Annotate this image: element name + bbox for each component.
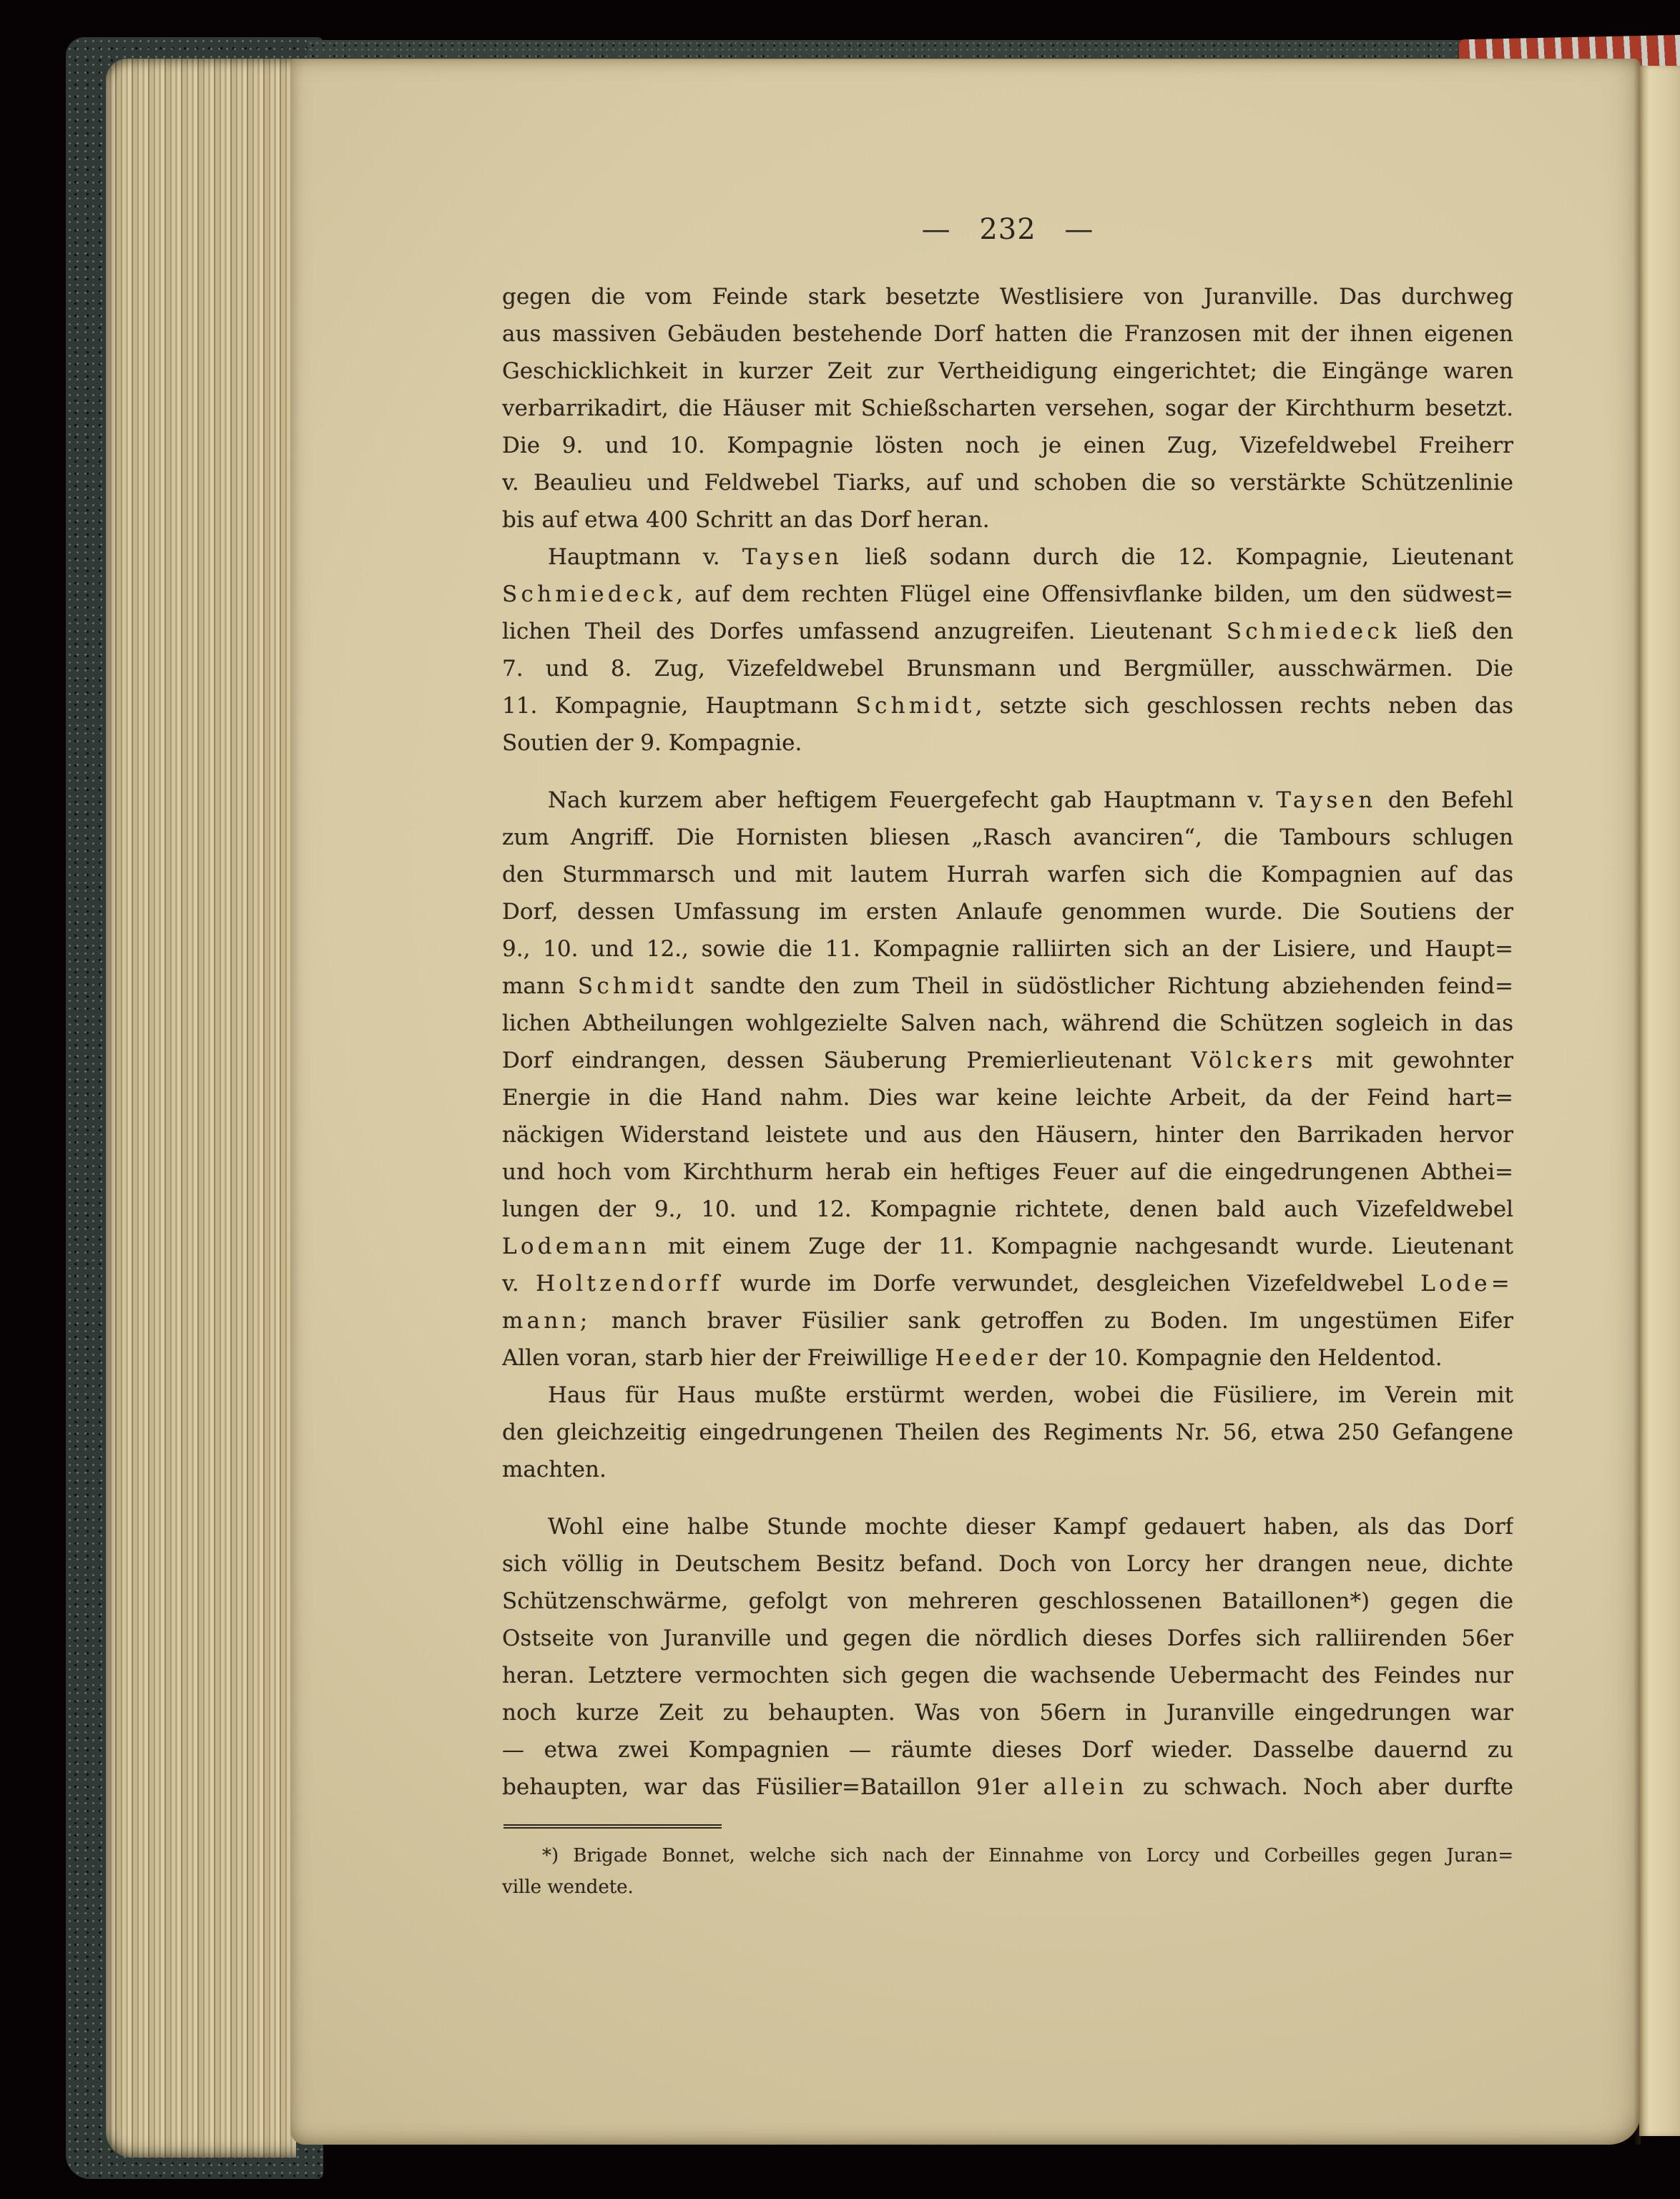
paragraph: Haus für Haus mußte erstürmt werden, wob… xyxy=(502,1377,1513,1488)
text-line: mann Schmidt sandte den zum Theil in süd… xyxy=(502,968,1513,1005)
page-text-area: — 232 — gegen die vom Feinde stark beset… xyxy=(502,211,1513,1903)
text-line: Allen voran, starb hier der Freiwillige … xyxy=(502,1339,1513,1377)
footnote-line: ville wendete. xyxy=(502,1871,1513,1903)
text-line: Lodemann mit einem Zuge der 11. Kompagni… xyxy=(502,1228,1513,1265)
page-stack-fore-edge xyxy=(106,59,296,2158)
text-line: sich völlig in Deutschem Besitz befand. … xyxy=(502,1545,1513,1583)
book-page: — 232 — gegen die vom Feinde stark beset… xyxy=(290,59,1641,2145)
footnote-block: *) Brigade Bonnet, welche sich nach der … xyxy=(502,1824,1513,1903)
text-line: lichen Abtheilungen wohlgezielte Salven … xyxy=(502,1005,1513,1042)
adjacent-page-gutter xyxy=(1639,66,1680,2136)
text-line: Nach kurzem aber heftigem Feuergefecht g… xyxy=(502,782,1513,819)
paragraph: Nach kurzem aber heftigem Feuergefecht g… xyxy=(502,782,1513,1377)
text-line: mann; manch braver Füsilier sank getroff… xyxy=(502,1302,1513,1339)
paragraph: Hauptmann v. Taysen ließ sodann durch di… xyxy=(502,538,1513,762)
page-number: — 232 — xyxy=(502,211,1513,248)
book-photo-background: — 232 — gegen die vom Feinde stark beset… xyxy=(0,0,1680,2199)
text-line: Soutien der 9. Kompagnie. xyxy=(502,724,1513,762)
text-line: Energie in die Hand nahm. Dies war keine… xyxy=(502,1079,1513,1116)
text-line: heran. Letztere vermochten sich gegen di… xyxy=(502,1657,1513,1694)
text-line: v. Holtzendorff wurde im Dorfe verwundet… xyxy=(502,1265,1513,1302)
paragraph: gegen die vom Feinde stark besetzte West… xyxy=(502,278,1513,538)
text-line: Die 9. und 10. Kompagnie lösten noch je … xyxy=(502,427,1513,464)
text-line: Dorf, dessen Umfassung im ersten Anlaufe… xyxy=(502,893,1513,930)
footnote-rule xyxy=(503,1824,722,1829)
text-line: näckigen Widerstand leistete und aus den… xyxy=(502,1116,1513,1153)
text-line: gegen die vom Feinde stark besetzte West… xyxy=(502,278,1513,315)
text-line: Hauptmann v. Taysen ließ sodann durch di… xyxy=(502,538,1513,576)
body-text: gegen die vom Feinde stark besetzte West… xyxy=(502,278,1513,1806)
text-line: Haus für Haus mußte erstürmt werden, wob… xyxy=(502,1377,1513,1414)
text-line: — etwa zwei Kompagnien — räumte dieses D… xyxy=(502,1731,1513,1768)
text-line: Geschicklichkeit in kurzer Zeit zur Vert… xyxy=(502,353,1513,390)
text-line: Ostseite von Juranville und gegen die nö… xyxy=(502,1620,1513,1657)
text-line: den Sturmmarsch und mit lautem Hurrah wa… xyxy=(502,856,1513,893)
text-line: aus massiven Gebäuden bestehende Dorf ha… xyxy=(502,315,1513,353)
text-line: Schützenschwärme, gefolgt von mehreren g… xyxy=(502,1583,1513,1620)
text-line: noch kurze Zeit zu behaupten. Was von 56… xyxy=(502,1694,1513,1731)
text-line: 9., 10. und 12., sowie die 11. Kompagnie… xyxy=(502,930,1513,968)
text-line: behaupten, war das Füsilier=Bataillon 91… xyxy=(502,1768,1513,1806)
footnote-line: *) Brigade Bonnet, welche sich nach der … xyxy=(502,1840,1513,1871)
text-line: verbarrikadirt, die Häuser mit Schießsch… xyxy=(502,390,1513,427)
text-line: lichen Theil des Dorfes umfassend anzugr… xyxy=(502,613,1513,650)
footnote-lines: *) Brigade Bonnet, welche sich nach der … xyxy=(502,1840,1513,1903)
paragraph: Wohl eine halbe Stunde mochte dieser Kam… xyxy=(502,1508,1513,1806)
text-line: Schmiedeck, auf dem rechten Flügel eine … xyxy=(502,576,1513,613)
text-line: und hoch vom Kirchthurm herab ein heftig… xyxy=(502,1153,1513,1191)
text-line: Wohl eine halbe Stunde mochte dieser Kam… xyxy=(502,1508,1513,1545)
text-line: 7. und 8. Zug, Vizefeldwebel Brunsmann u… xyxy=(502,650,1513,687)
text-line: bis auf etwa 400 Schritt an das Dorf her… xyxy=(502,501,1513,538)
text-line: zum Angriff. Die Hornisten bliesen „Rasc… xyxy=(502,819,1513,856)
text-line: den gleichzeitig eingedrungenen Theilen … xyxy=(502,1414,1513,1451)
text-line: lungen der 9., 10. und 12. Kompagnie ric… xyxy=(502,1191,1513,1228)
text-line: v. Beaulieu und Feldwebel Tiarks, auf un… xyxy=(502,464,1513,501)
text-line: machten. xyxy=(502,1451,1513,1488)
text-line: 11. Kompagnie, Hauptmann Schmidt, setzte… xyxy=(502,687,1513,724)
text-line: Dorf eindrangen, dessen Säuberung Premie… xyxy=(502,1042,1513,1079)
